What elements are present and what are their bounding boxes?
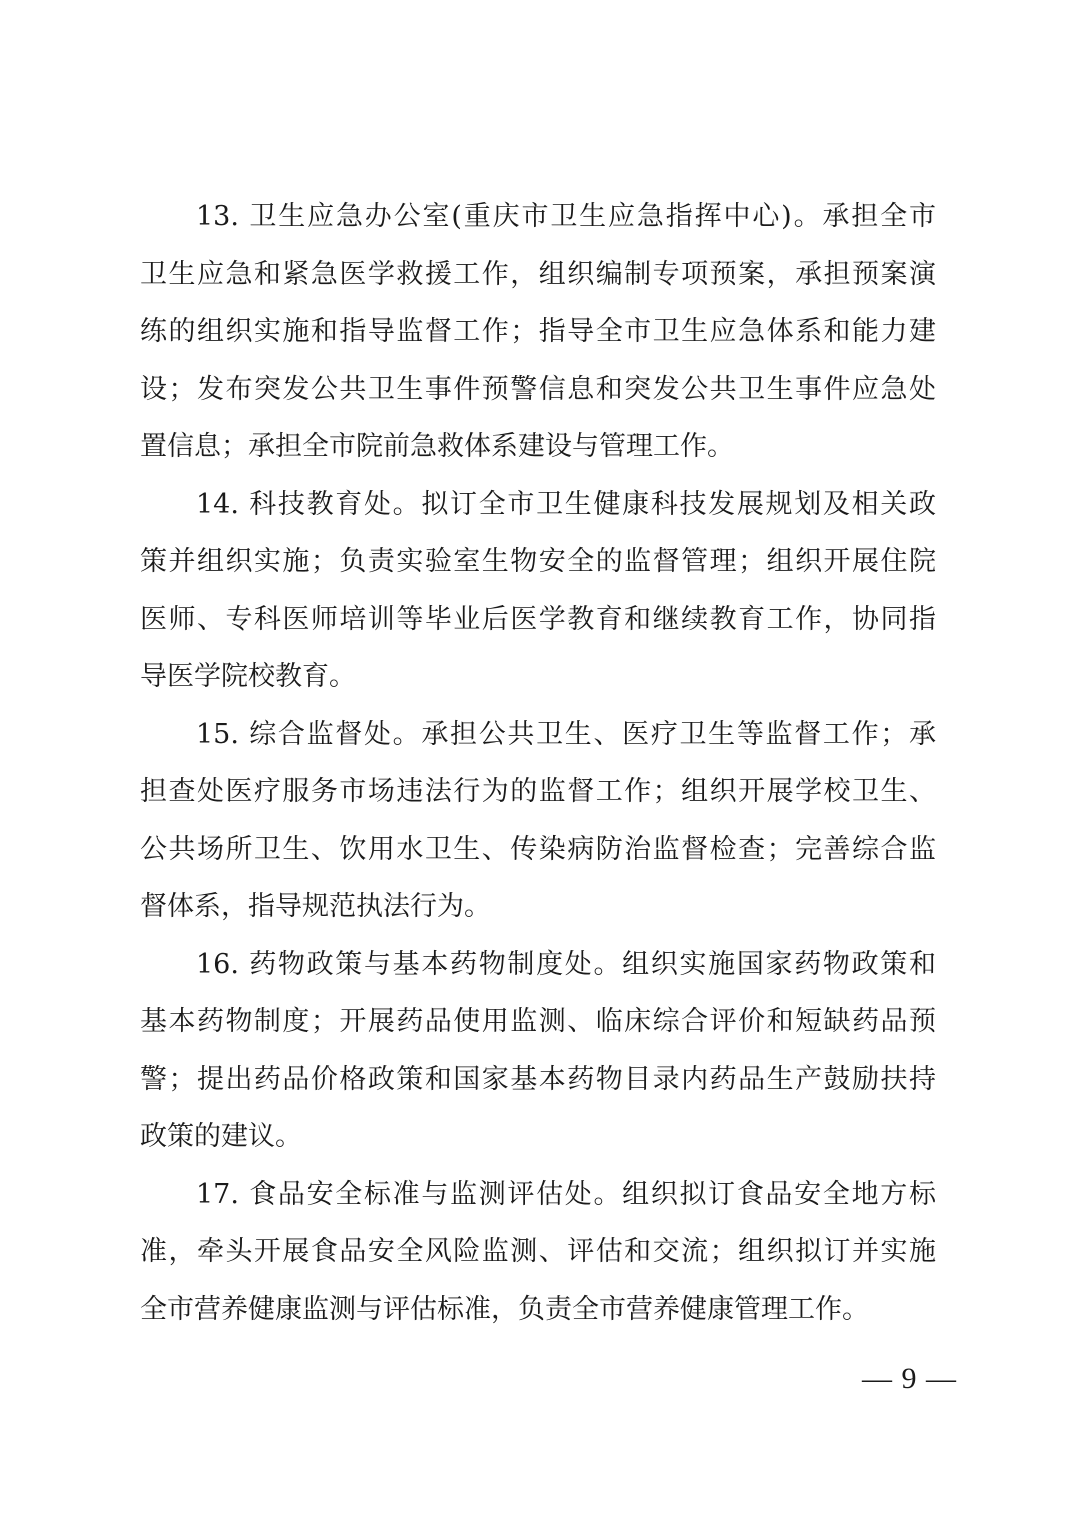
text-line: 医师、专科医师培训等毕业后医学教育和继续教育工作，协同指 [140,591,936,649]
text-line: 16. 药物政策与基本药物制度处。组织实施国家药物政策和 [140,936,936,994]
text-line: 17. 食品安全标准与监测评估处。组织拟订食品安全地方标 [140,1166,936,1224]
text-line: 公共场所卫生、饮用水卫生、传染病防治监督检查；完善综合监 [140,821,936,879]
text-line: 练的组织实施和指导监督工作；指导全市卫生应急体系和能力建 [140,303,936,361]
text-line: 卫生应急和紧急医学救援工作，组织编制专项预案，承担预案演 [140,246,936,304]
text-line: 担查处医疗服务市场违法行为的监督工作；组织开展学校卫生、 [140,763,936,821]
text-line: 14. 科技教育处。拟订全市卫生健康科技发展规划及相关政 [140,476,936,534]
text-line: 设；发布突发公共卫生事件预警信息和突发公共卫生事件应急处 [140,361,936,419]
text-line: 13. 卫生应急办公室(重庆市卫生应急指挥中心)。承担全市 [140,188,936,246]
text-line: 15. 综合监督处。承担公共卫生、医疗卫生等监督工作；承 [140,706,936,764]
page-number: — 9 — [862,1362,957,1396]
paragraph-13: 13. 卫生应急办公室(重庆市卫生应急指挥中心)。承担全市 卫生应急和紧急医学救… [140,188,936,476]
paragraph-15: 15. 综合监督处。承担公共卫生、医疗卫生等监督工作；承 担查处医疗服务市场违法… [140,706,936,936]
document-body: 13. 卫生应急办公室(重庆市卫生应急指挥中心)。承担全市 卫生应急和紧急医学救… [140,188,936,1338]
text-line: 导医学院校教育。 [140,648,936,706]
text-line: 准，牵头开展食品安全风险监测、评估和交流；组织拟订并实施 [140,1223,936,1281]
paragraph-14: 14. 科技教育处。拟订全市卫生健康科技发展规划及相关政 策并组织实施；负责实验… [140,476,936,706]
paragraph-17: 17. 食品安全标准与监测评估处。组织拟订食品安全地方标 准，牵头开展食品安全风… [140,1166,936,1339]
text-line: 全市营养健康监测与评估标准，负责全市营养健康管理工作。 [140,1281,936,1339]
text-line: 警；提出药品价格政策和国家基本药物目录内药品生产鼓励扶持 [140,1051,936,1109]
text-line: 策并组织实施；负责实验室生物安全的监督管理；组织开展住院 [140,533,936,591]
text-line: 置信息；承担全市院前急救体系建设与管理工作。 [140,418,936,476]
document-page: 13. 卫生应急办公室(重庆市卫生应急指挥中心)。承担全市 卫生应急和紧急医学救… [0,0,1074,1520]
text-line: 政策的建议。 [140,1108,936,1166]
text-line: 督体系，指导规范执法行为。 [140,878,936,936]
paragraph-16: 16. 药物政策与基本药物制度处。组织实施国家药物政策和 基本药物制度；开展药品… [140,936,936,1166]
text-line: 基本药物制度；开展药品使用监测、临床综合评价和短缺药品预 [140,993,936,1051]
